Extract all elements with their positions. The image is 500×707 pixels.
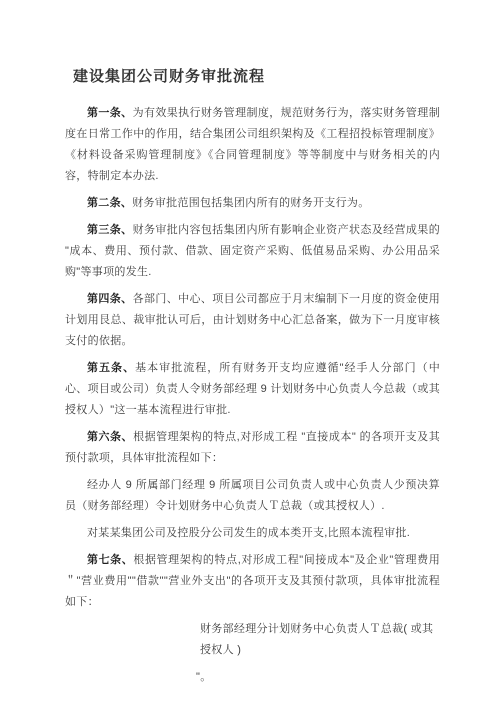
clause-label: 第四条、	[87, 293, 133, 305]
clause-text: "。	[196, 671, 212, 683]
paragraph-approval-flow-indirect: 财务部经理分计划财务中心负责人Ｔ总裁( 或其授权人 )	[200, 619, 440, 661]
paragraph-clause-2: 第二条、财务审批范围包括集团内所有的财务开支行为。	[65, 193, 440, 214]
clause-text: 财务部经理分计划财务中心负责人Ｔ总裁( 或其授权人 )	[200, 623, 433, 656]
paragraph-quote-end: "。	[196, 667, 440, 688]
page-title: 建设集团公司财务审批流程	[73, 66, 440, 88]
clause-label: 第六条、	[87, 431, 133, 443]
paragraph-holding-company-note: 对某某集团公司及控股分公司发生的成本类开支,比照本流程审批.	[65, 523, 440, 544]
clause-text: 财务审批范围包括集团内所有的财务开支行为。	[132, 197, 369, 209]
clause-label: 第三条、	[87, 224, 133, 236]
paragraph-clause-1: 第一条、为有效果执行财务管理制度，规范财务行为，落实财务管理制度在日常工作中的作…	[65, 103, 440, 187]
clause-label: 第一条、	[87, 107, 133, 119]
clause-label: 第五条、	[87, 362, 135, 374]
clause-text: 经办人 9 所属部门经理 9 所属项目公司负责人或中心负责人少预决算员（财务部经…	[65, 479, 440, 512]
paragraph-clause-5: 第五条、基本审批流程，所有财务开支均应遵循"经手人分部门（中心、项目或公司）负责…	[65, 358, 440, 421]
clause-label: 第七条、	[87, 554, 133, 566]
paragraph-clause-3: 第三条、财务审批内容包括集团内所有影响企业资产状态及经营成果的 "成本、费用、预…	[65, 220, 440, 283]
paragraph-clause-7: 第七条、根据管理架构的特点,对形成工程"间接成本"及企业"管理费用＂"营业费用"…	[65, 550, 440, 613]
paragraph-clause-6: 第六条、根据管理架构的特点,对形成工程 "直接成本" 的各项开支及其预付款项，具…	[65, 427, 440, 469]
clause-text: 对某某集团公司及控股分公司发生的成本类开支,比照本流程审批.	[87, 527, 410, 539]
clause-label: 第二条、	[87, 197, 132, 209]
paragraph-approval-flow-cost: 经办人 9 所属部门经理 9 所属项目公司负责人或中心负责人少预决算员（财务部经…	[65, 475, 440, 517]
document-page: 建设集团公司财务审批流程 第一条、为有效果执行财务管理制度，规范财务行为，落实财…	[0, 0, 500, 707]
paragraph-clause-4: 第四条、各部门、中心、项目公司都应于月末编制下一月度的资金使用计划用艮总、裁审批…	[65, 289, 440, 352]
